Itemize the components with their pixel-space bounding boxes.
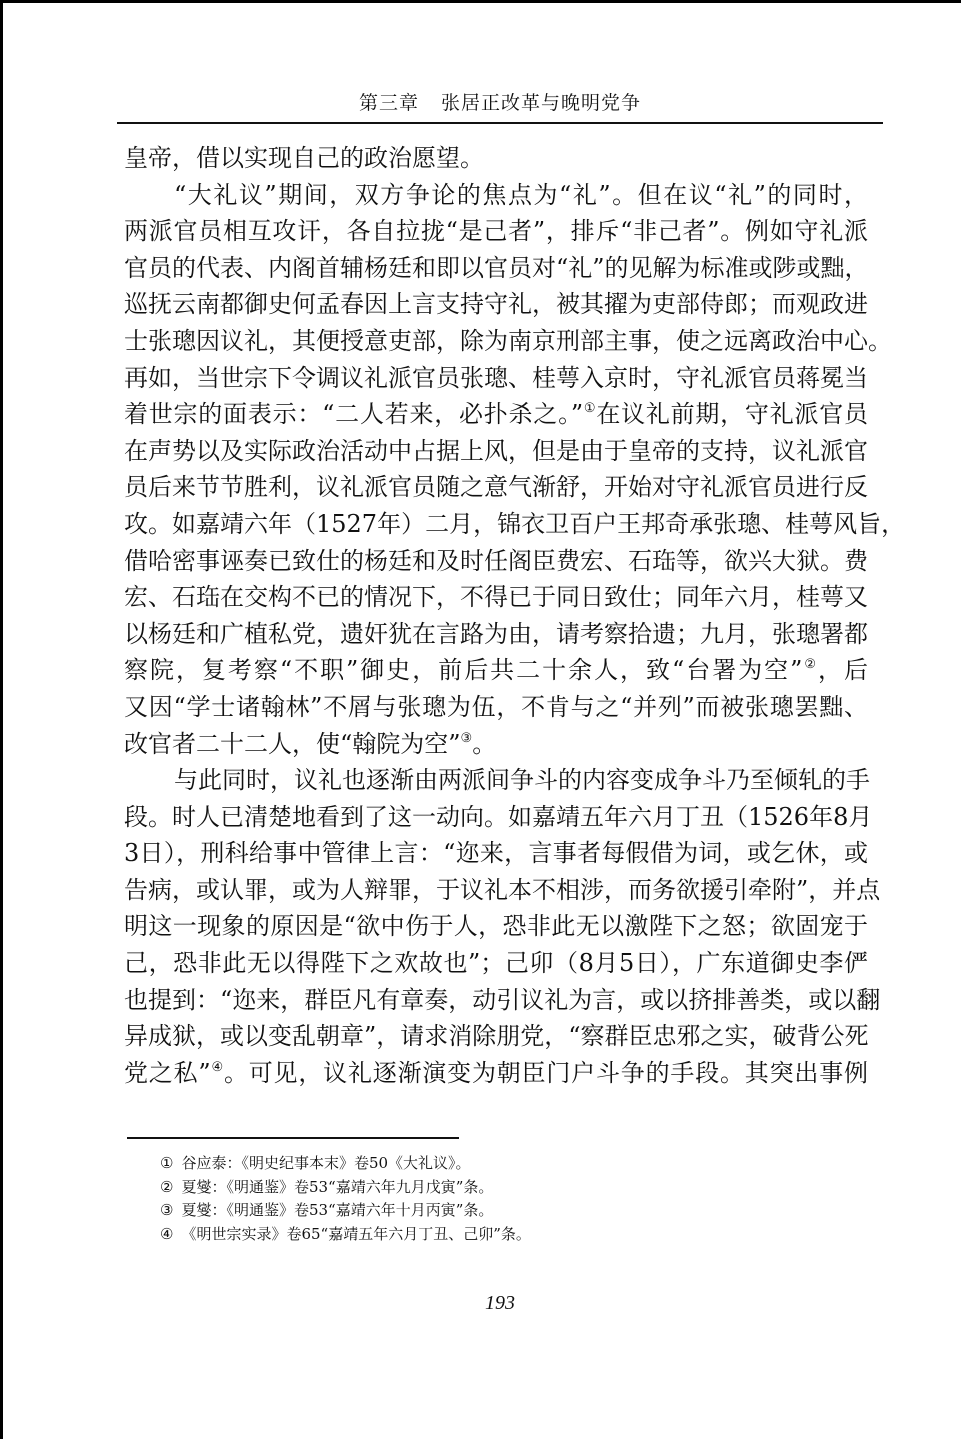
- footnote-marker[interactable]: ③: [461, 731, 473, 746]
- footnote-item: ②夏燮：《明通鉴》卷53“嘉靖六年九月戊寅”条。: [160, 1176, 720, 1200]
- text-line: 官员的代表、内阁首辅杨廷和即以官员对“礼”的见解为标准或陟或黜，: [124, 250, 868, 287]
- text-line: 又因“学士诸翰林”不屑与张璁为伍，不肯与之“并列”而被张璁罢黜、: [124, 689, 868, 726]
- footnote-text: 夏燮：《明通鉴》卷53“嘉靖六年十月丙寅”条。: [181, 1201, 493, 1219]
- text-line: 以杨廷和广植私党，遗奸犹在言路为由，请考察拾遗；九月，张璁署都: [124, 616, 868, 653]
- line-text: 官员的代表、内阁首辅杨廷和即以官员对“礼”的见解为标准或陟或黜，: [124, 254, 869, 282]
- line-text: 以杨廷和广植私党，遗奸犹在言路为由，请考察拾遗；九月，张璁署都: [124, 620, 868, 648]
- line-text: 明这一现象的原因是“欲中伤于人，恐非此无以激陛下之怒；欲固宠于: [124, 912, 868, 940]
- line-text: 两派官员相互攻讦，各自拉拢“是己者”，排斥“非己者”。例如守礼派: [124, 217, 868, 245]
- page-number: 193: [450, 1292, 550, 1315]
- footnote-text: 谷应泰：《明史纪事本末》卷50《大礼议》。: [181, 1154, 470, 1172]
- line-text: 。: [472, 730, 496, 758]
- footnote-item: ①谷应泰：《明史纪事本末》卷50《大礼议》。: [160, 1152, 720, 1176]
- line-text: 又因“学士诸翰林”不屑与张璁为伍，不肯与之“并列”而被张璁罢黜、: [124, 693, 868, 721]
- footnotes: ①谷应泰：《明史纪事本末》卷50《大礼议》。②夏燮：《明通鉴》卷53“嘉靖六年九…: [160, 1152, 720, 1246]
- text-line: 党之私”④。可见，议礼逐渐演变为朝臣门户斗争的手段。其突出事例: [124, 1055, 868, 1092]
- text-line: 3日），刑科给事中管律上言：“迩来，言事者每假借为词，或乞休，或: [124, 835, 868, 872]
- footnote-rule: [127, 1137, 459, 1139]
- body-text: 皇帝，借以实现自己的政治愿望。“大礼议”期间，双方争论的焦点为“礼”。但在议“礼…: [124, 140, 868, 1091]
- line-text: 士张璁因议礼，其便授意吏部，除为南京刑部主事，使之远离政治中心。: [124, 327, 892, 355]
- header-rule: [117, 122, 883, 124]
- line-text: ，后: [818, 656, 868, 684]
- footnote-marker[interactable]: ①: [583, 401, 596, 416]
- footnote-marker[interactable]: ④: [211, 1060, 224, 1075]
- line-text: 3日），刑科给事中管律上言：“迩来，言事者每假借为词，或乞休，或: [124, 839, 868, 867]
- footnote-number: ①: [160, 1154, 173, 1172]
- scan-border-left: [0, 0, 3, 1439]
- footnote-number: ③: [160, 1201, 173, 1219]
- footnote-text: 《明世宗实录》卷65“嘉靖五年六月丁丑、己卯”条。: [181, 1225, 530, 1243]
- footnote-item: ④《明世宗实录》卷65“嘉靖五年六月丁丑、己卯”条。: [160, 1223, 720, 1247]
- footnote-number: ②: [160, 1178, 173, 1196]
- line-text: 改官者二十二人，使“翰院为空”: [124, 730, 461, 758]
- text-line: 也提到：“迩来，群臣凡有章奏，动引议礼为言，或以挤排善类，或以翻: [124, 982, 868, 1019]
- line-text: 告病，或认罪，或为人辩罪，于议礼本不相涉，而务欲援引牵附”，并点: [124, 876, 880, 904]
- running-head: 第三章张居正改革与晚明党争: [117, 88, 883, 115]
- text-line: 段。时人已清楚地看到了这一动向。如嘉靖五年六月丁丑（1526年8月: [124, 799, 868, 836]
- line-text: “大礼议”期间，双方争论的焦点为“礼”。但在议“礼”的同时，: [174, 181, 868, 209]
- line-text: 再如，当世宗下令调议礼派官员张璁、桂萼入京时，守礼派官员蒋冕当: [124, 364, 868, 392]
- text-line: 告病，或认罪，或为人辩罪，于议礼本不相涉，而务欲援引牵附”，并点: [124, 872, 868, 909]
- chapter-title: 张居正改革与晚明党争: [441, 92, 641, 114]
- text-line: 员后来节节胜利，议礼派官员随之意气渐舒，开始对守礼派官员进行反: [124, 469, 868, 506]
- line-text: 己，恐非此无以得陛下之欢故也”；己卯（8月5日），广东道御史李俨: [124, 949, 868, 977]
- text-line: 己，恐非此无以得陛下之欢故也”；己卯（8月5日），广东道御史李俨: [124, 945, 868, 982]
- line-text: 借哈密事诬奏已致仕的杨廷和及时任阁臣费宏、石珤等，欲兴大狱。费: [124, 547, 868, 575]
- line-text: 异成狱，或以变乱朝章”，请求消除朋党，“察群臣忠邪之实，破背公死: [124, 1022, 869, 1050]
- text-line: 察院，复考察“不职”御史，前后共二十余人，致“台署为空”②，后: [124, 652, 868, 689]
- text-line: 与此同时，议礼也逐渐由两派间争斗的内容变成争斗乃至倾轧的手: [124, 762, 868, 799]
- text-line: 改官者二十二人，使“翰院为空”③。: [124, 726, 868, 763]
- line-text: 在声势以及实际政治活动中占据上风，但是由于皇帝的支持，议礼派官: [124, 437, 868, 465]
- text-line: 巡抚云南都御史何孟春因上言支持守礼，被其擢为吏部侍郎；而观政进: [124, 286, 868, 323]
- text-line: 攻。如嘉靖六年（1527年）二月，锦衣卫百户王邦奇承张璁、桂萼风旨，: [124, 506, 868, 543]
- text-line: 皇帝，借以实现自己的政治愿望。: [124, 140, 868, 177]
- line-text: 皇帝，借以实现自己的政治愿望。: [124, 144, 484, 172]
- line-text: 在议礼前期，守礼派官员: [596, 400, 868, 428]
- line-text: 党之私”: [124, 1059, 211, 1087]
- line-text: 段。时人已清楚地看到了这一动向。如嘉靖五年六月丁丑（1526年8月: [124, 803, 872, 831]
- text-line: 再如，当世宗下令调议礼派官员张璁、桂萼入京时，守礼派官员蒋冕当: [124, 360, 868, 397]
- text-line: “大礼议”期间，双方争论的焦点为“礼”。但在议“礼”的同时，: [124, 177, 868, 214]
- footnote-marker[interactable]: ②: [802, 657, 818, 672]
- text-line: 两派官员相互攻讦，各自拉拢“是己者”，排斥“非己者”。例如守礼派: [124, 213, 868, 250]
- line-text: 也提到：“迩来，群臣凡有章奏，动引议礼为言，或以挤排善类，或以翻: [124, 986, 880, 1014]
- line-text: 宏、石珤在交构不已的情况下，不得已于同日致仕；同年六月，桂萼又: [124, 583, 868, 611]
- footnote-number: ④: [160, 1225, 173, 1243]
- line-text: 员后来节节胜利，议礼派官员随之意气渐舒，开始对守礼派官员进行反: [124, 473, 868, 501]
- text-line: 异成狱，或以变乱朝章”，请求消除朋党，“察群臣忠邪之实，破背公死: [124, 1018, 868, 1055]
- footnote-text: 夏燮：《明通鉴》卷53“嘉靖六年九月戊寅”条。: [181, 1178, 493, 1196]
- line-text: 着世宗的面表示：“二人若来，必扑杀之。”: [124, 400, 583, 428]
- line-text: 察院，复考察“不职”御史，前后共二十余人，致“台署为空”: [124, 656, 802, 684]
- line-text: 巡抚云南都御史何孟春因上言支持守礼，被其擢为吏部侍郎；而观政进: [124, 290, 868, 318]
- text-line: 明这一现象的原因是“欲中伤于人，恐非此无以激陛下之怒；欲固宠于: [124, 908, 868, 945]
- text-line: 借哈密事诬奏已致仕的杨廷和及时任阁臣费宏、石珤等，欲兴大狱。费: [124, 543, 868, 580]
- scan-border-top: [0, 0, 961, 3]
- text-line: 着世宗的面表示：“二人若来，必扑杀之。”①在议礼前期，守礼派官员: [124, 396, 868, 433]
- line-text: 与此同时，议礼也逐渐由两派间争斗的内容变成争斗乃至倾轧的手: [174, 766, 870, 794]
- line-text: 。可见，议礼逐渐演变为朝臣门户斗争的手段。其突出事例: [224, 1059, 868, 1087]
- text-line: 士张璁因议礼，其便授意吏部，除为南京刑部主事，使之远离政治中心。: [124, 323, 868, 360]
- footnote-item: ③夏燮：《明通鉴》卷53“嘉靖六年十月丙寅”条。: [160, 1199, 720, 1223]
- line-text: 攻。如嘉靖六年（1527年）二月，锦衣卫百户王邦奇承张璁、桂萼风旨，: [124, 510, 905, 538]
- text-line: 宏、石珤在交构不已的情况下，不得已于同日致仕；同年六月，桂萼又: [124, 579, 868, 616]
- text-line: 在声势以及实际政治活动中占据上风，但是由于皇帝的支持，议礼派官: [124, 433, 868, 470]
- chapter-number: 第三章: [359, 92, 419, 114]
